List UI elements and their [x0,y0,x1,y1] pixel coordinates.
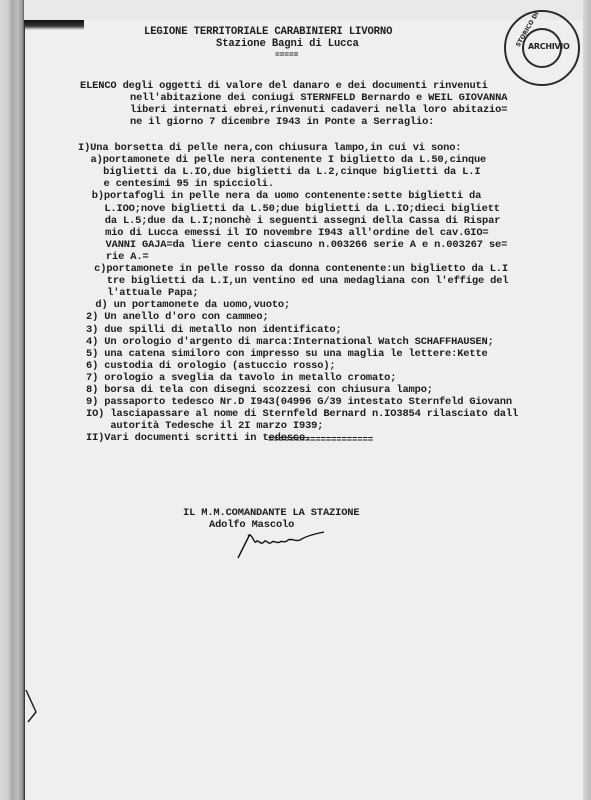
list-item: mio di Lucca emessi il IO novembre I943 … [81,227,489,239]
header-line-1: LEGIONE TERRITORIALE CARABINIERI LIVORNO [144,26,392,38]
list-item: tre biglietti da L.I,un ventino ed una m… [82,275,508,287]
intro-line: nell'abitazione dei coniugi STERNFELD Be… [130,92,507,104]
list-item: I)Una borsetta di pelle nera,con chiusur… [78,142,461,154]
intro-line: liberi internati ebrei,rinvenuti cadaver… [130,104,507,116]
scan-shadow [24,20,84,30]
scan-left-edge [0,0,24,800]
stamp-center-text: ARCHIVIO [528,42,569,51]
list-item: c)portamonete in pelle rosso da donna co… [82,263,508,275]
signature-title: IL M.M.COMANDANTE LA STAZIONE [183,507,359,519]
handwritten-signature [236,528,326,560]
archive-stamp: STORICO DI ARCHIVIO [504,10,580,86]
list-item: b)portafogli in pelle nera da uomo conte… [80,190,482,202]
list-item: 8) borsa di tela con disegni scozzesi co… [86,384,433,396]
list-item: 4) Un orologio d'argento di marca:Intern… [86,336,494,348]
margin-mark [24,688,40,724]
header-line-2: Stazione Bagni di Lucca [216,38,359,50]
closing-rule: ==================== [268,434,373,446]
scan-right-edge [583,0,591,800]
intro-line: ELENCO degli oggetti di valore del danar… [80,80,488,92]
header-rule: ===== [275,50,298,62]
list-item: l'attuale Papa; [83,287,199,299]
list-item: 3) due spilli di metallo non identificat… [86,324,342,336]
list-item: IO) lasciapassare al nome di Sternfeld B… [86,408,518,420]
list-item: 5) una catena similoro con impresso su u… [86,348,488,360]
list-item: 9) passaporto tedesco Nr.D I943(04996 G/… [86,396,512,408]
list-item: 7) orologio a sveglia da tavolo in metal… [86,372,396,384]
list-item: rie A.= [82,251,149,263]
list-item: e centesimi 95 in spiccioli. [79,178,274,190]
intro-line: ne il giorno 7 dicembre I943 in Ponte a … [130,116,434,128]
list-item: autorità Tedesche il 2I marzo I939; [86,420,323,432]
list-item: d) un portamonete da uomo,vuoto; [83,299,290,311]
list-item: 6) custodia di orologio (astuccio rosso)… [86,360,336,372]
list-item: 2) Un anello d'oro con cammeo; [86,311,269,323]
list-item: da L.5;due da L.I;nonchè i seguenti asse… [80,215,500,227]
list-item: biglietti da L.IO,due biglietti da L.2,c… [79,166,481,178]
list-item: L.IOO;nove biglietti da L.50;due bigliet… [80,203,500,215]
list-item: VANNI GAJA=da liere cento ciascuno n.003… [81,239,507,251]
list-item: a)portamonete di pelle nera contenente I… [78,154,486,166]
